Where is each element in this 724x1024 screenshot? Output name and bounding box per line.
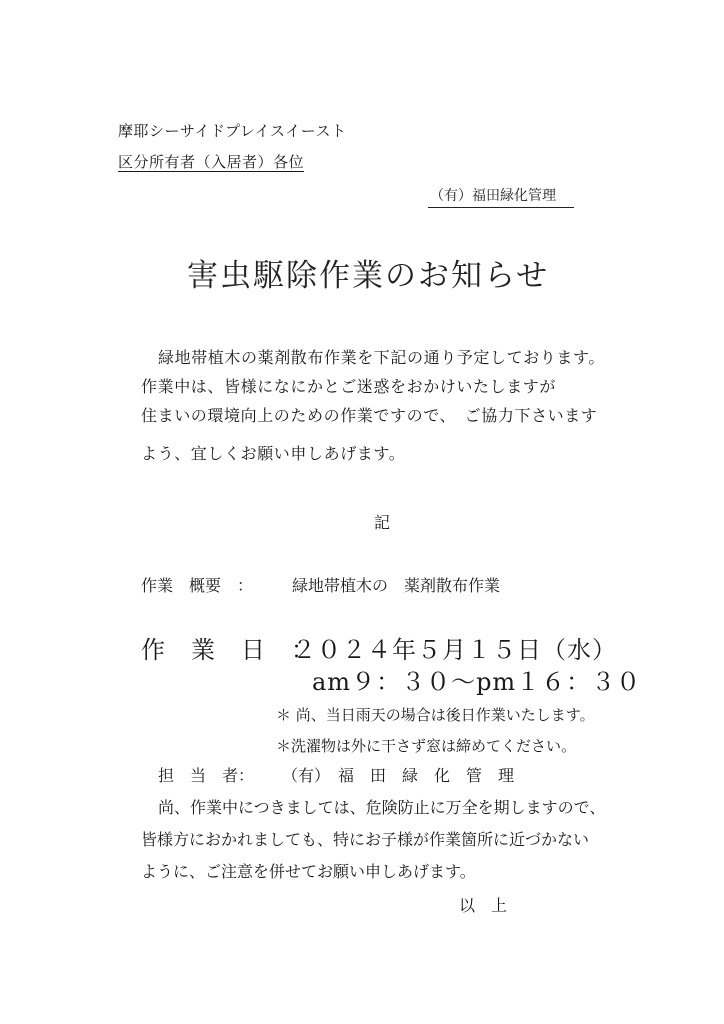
overview-label: 作業 概要 ：: [141, 575, 253, 597]
building-name: 摩耶シーサイドプレイスイースト: [118, 121, 346, 141]
closing-line-1: 尚、作業中につきましては、危険防止に万全を期しますので、: [158, 794, 605, 821]
intro-line-1: 緑地帯植木の薬剤散布作業を下記の通り予定しております。: [158, 344, 605, 371]
time-value: am９：３０～pm１６：３０: [312, 667, 641, 697]
overview-value: 緑地帯植木の 薬剤散布作業: [292, 575, 500, 597]
sender-company: （有）福田緑化管理: [428, 186, 574, 208]
date-label: 作 業 日 ：: [141, 635, 316, 665]
ki-marker: 記: [374, 510, 390, 533]
intro-line-2: 作業中は、皆様になにかとご迷惑をおかけいたしますが: [141, 373, 556, 400]
contact-value: （有） 福 田 緑 化 管 理: [282, 762, 514, 789]
closing-line-2: 皆様方におかれましても、特にお子様が作業箇所に近づかない: [141, 826, 589, 853]
note-rain: ＊ 尚、当日雨天の場合は後日作業いたします。: [276, 704, 595, 726]
page-title: 害虫駆除作業のお知らせ: [187, 256, 549, 296]
note-laundry: ＊洗濯物は外に干さず窓は締めてください。: [276, 735, 576, 757]
closing-line-3: ように、ご注意を併せてお願い申しあげます。: [141, 858, 476, 885]
recipients-line: 区分所有者（入居者）各位: [118, 152, 304, 172]
intro-line-4: よう、宜しくお願い申しあげます。: [141, 440, 405, 467]
intro-line-3: 住まいの環境向上のための作業ですので、 ご協力下さいます: [141, 402, 597, 429]
end-marker: 以 上: [459, 892, 507, 919]
date-value: ２０２４年５月１５日（水）: [292, 635, 617, 665]
contact-label: 担 当 者：: [158, 762, 254, 789]
